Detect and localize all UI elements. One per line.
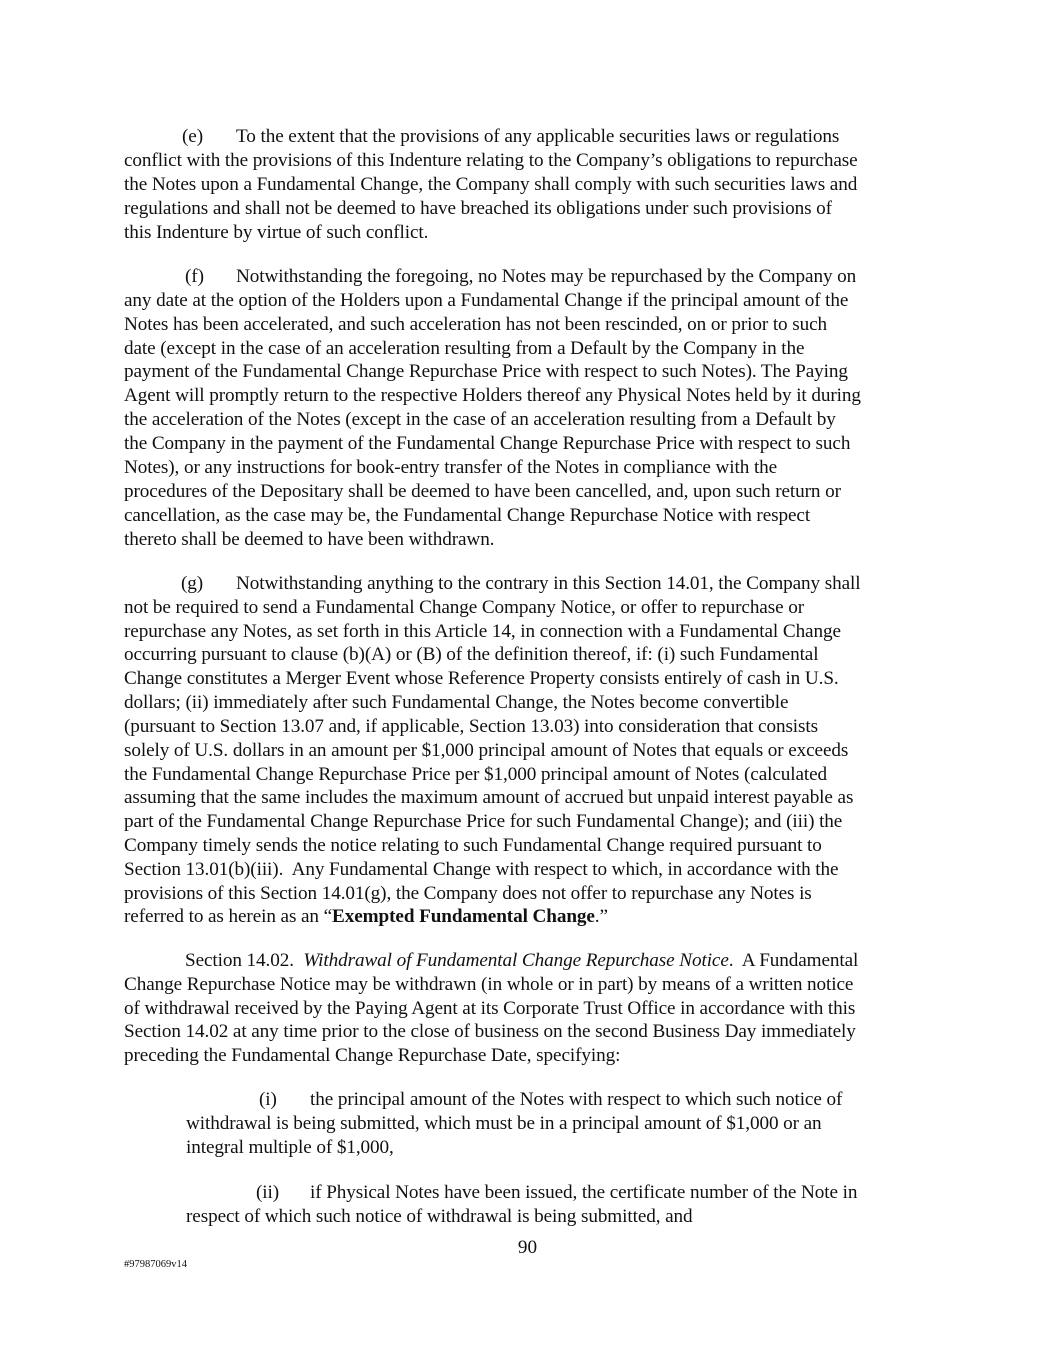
text-line: referred to as herein as an “Exempted Fu… — [124, 905, 608, 929]
text-line: Notes has been accelerated, and such acc… — [124, 313, 827, 337]
text-line: assuming that the same includes the maxi… — [124, 786, 853, 810]
text-line: Agent will promptly return to the respec… — [124, 384, 861, 408]
text-line: of withdrawal received by the Paying Age… — [124, 997, 855, 1021]
text-line: Notwithstanding anything to the contrary… — [236, 572, 860, 596]
text-line: occurring pursuant to clause (b)(A) or (… — [124, 643, 818, 667]
text-line: part of the Fundamental Change Repurchas… — [124, 810, 842, 834]
text-line: solely of U.S. dollars in an amount per … — [124, 739, 848, 763]
text-line: Company timely sends the notice relating… — [124, 834, 822, 858]
text-line: not be required to send a Fundamental Ch… — [124, 596, 804, 620]
text-line: Section 13.01(b)(iii). Any Fundamental C… — [124, 858, 838, 882]
text-line: dollars; (ii) immediately after such Fun… — [124, 691, 788, 715]
section-number: Section 14.02. — [185, 950, 303, 971]
text-line: date (except in the case of an accelerat… — [124, 337, 804, 361]
text-line: the Notes upon a Fundamental Change, the… — [124, 173, 857, 197]
item-label: (ii) — [256, 1181, 279, 1205]
text-run: .” — [595, 906, 608, 927]
text-line: provisions of this Section 14.01(g), the… — [124, 882, 812, 906]
text-line: respect of which such notice of withdraw… — [186, 1205, 693, 1229]
text-line: (pursuant to Section 13.07 and, if appli… — [124, 715, 818, 739]
text-line: repurchase any Notes, as set forth in th… — [124, 620, 841, 644]
text-line: the acceleration of the Notes (except in… — [124, 408, 836, 432]
text-line: payment of the Fundamental Change Repurc… — [124, 360, 848, 384]
text-line: withdrawal is being submitted, which mus… — [186, 1112, 822, 1136]
document-page: (e) To the extent that the provisions of… — [0, 0, 1055, 1365]
text-line: preceding the Fundamental Change Repurch… — [124, 1044, 620, 1068]
text-run: . A Fundamental — [729, 950, 859, 971]
page-number: 90 — [0, 1236, 1055, 1260]
text-line: if Physical Notes have been issued, the … — [310, 1181, 857, 1205]
text-line: Change Repurchase Notice may be withdraw… — [124, 973, 853, 997]
text-line: Section 14.02 at any time prior to the c… — [124, 1020, 856, 1044]
text-line: the Fundamental Change Repurchase Price … — [124, 763, 827, 787]
text-run: referred to as herein as an “ — [124, 906, 332, 927]
text-line: Notes), or any instructions for book-ent… — [124, 456, 777, 480]
text-line: thereto shall be deemed to have been wit… — [124, 528, 494, 552]
text-line: any date at the option of the Holders up… — [124, 289, 848, 313]
text-line: integral multiple of $1,000, — [186, 1136, 394, 1160]
text-line: To the extent that the provisions of any… — [236, 125, 839, 149]
text-line: the principal amount of the Notes with r… — [310, 1088, 842, 1112]
text-line: procedures of the Depositary shall be de… — [124, 480, 841, 504]
text-line: conflict with the provisions of this Ind… — [124, 149, 858, 173]
text-line: Notwithstanding the foregoing, no Notes … — [236, 265, 856, 289]
text-line: the Company in the payment of the Fundam… — [124, 432, 850, 456]
document-id: #97987069v14 — [124, 1258, 187, 1272]
text-line: this Indenture by virtue of such conflic… — [124, 221, 428, 245]
text-line: cancellation, as the case may be, the Fu… — [124, 504, 810, 528]
item-label: (i) — [259, 1088, 277, 1112]
section-title: Withdrawal of Fundamental Change Repurch… — [303, 950, 728, 971]
text-line: regulations and shall not be deemed to h… — [124, 197, 832, 221]
defined-term: Exempted Fundamental Change — [332, 906, 595, 927]
paragraph-label: (e) — [182, 125, 203, 149]
paragraph-label: (f) — [185, 265, 204, 289]
paragraph-label: (g) — [181, 572, 203, 596]
section-heading-line: Section 14.02. Withdrawal of Fundamental… — [185, 949, 858, 973]
text-line: Change constitutes a Merger Event whose … — [124, 667, 839, 691]
